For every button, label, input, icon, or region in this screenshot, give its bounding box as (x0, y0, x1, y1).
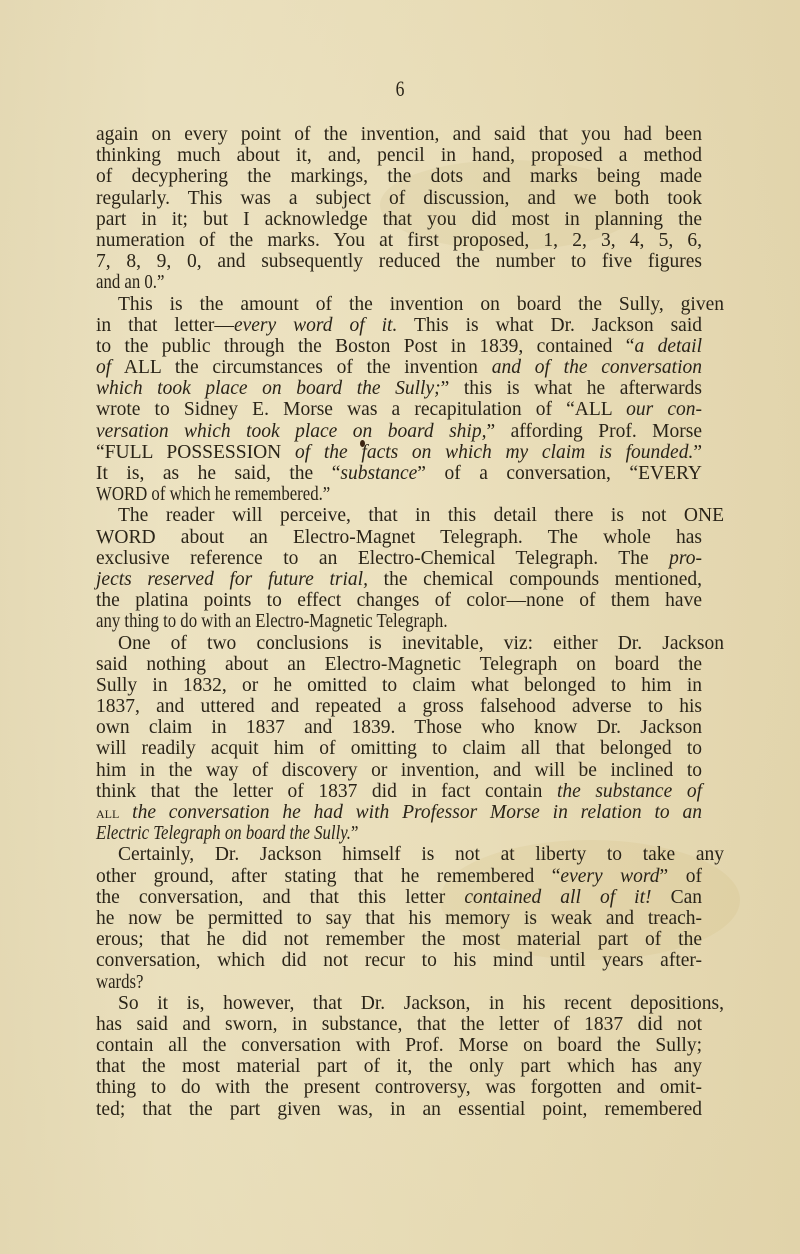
text-segment: This is the amount of the invention on b… (118, 294, 724, 315)
text-line: in that letter—every word of it. This is… (96, 315, 702, 336)
text-line: exclusive reference to an Electro-Chemic… (96, 548, 702, 569)
text-segment: other ground, after stating that he reme… (96, 866, 560, 887)
text-segment: numeration of the marks. You at first pr… (96, 230, 702, 251)
text-segment: has said and sworn, in substance, that t… (96, 1014, 702, 1035)
text-segment: ted; that the part given was, in an esse… (96, 1099, 702, 1120)
text-segment: wards? (96, 972, 144, 993)
text-line: This is the amount of the invention on b… (96, 294, 724, 315)
text-line: and an 0.” (96, 272, 702, 293)
text-line: that the most material part of it, the o… (96, 1056, 702, 1077)
small-caps-text: all (96, 803, 119, 822)
text-segment: So it is, however, that Dr. Jackson, in … (118, 993, 724, 1014)
text-line: all the conversation he had with Profess… (96, 802, 702, 823)
text-line: WORD about an Electro-Magnet Telegraph. … (96, 527, 702, 548)
text-line: any thing to do with an Electro-Magnetic… (96, 611, 702, 632)
text-line: “FULL POSSESSION of the facts on which m… (96, 442, 702, 463)
text-line: 1837, and uttered and repeated a gross f… (96, 696, 702, 717)
text-line: Certainly, Dr. Jackson himself is not at… (96, 844, 724, 865)
text-line: him in the way of discovery or invention… (96, 760, 702, 781)
text-segment: ” this is what he afterwards (441, 378, 702, 399)
text-segment: Can (652, 887, 702, 908)
text-line: will readily acquit him of omitting to c… (96, 738, 702, 759)
text-line: One of two conclusions is inevitable, vi… (96, 633, 724, 654)
text-line: ted; that the part given was, in an esse… (96, 1099, 702, 1120)
text-segment: in that letter— (96, 315, 234, 336)
text-segment: WORD of which he remembered.” (96, 484, 330, 505)
text-segment: Certainly, Dr. Jackson himself is not at… (118, 844, 724, 865)
text-segment: ” (693, 442, 702, 463)
body-text: again on every point of the invention, a… (96, 124, 702, 1120)
text-line: to the public through the Boston Post in… (96, 336, 702, 357)
text-line: WORD of which he remembered.” (96, 484, 702, 505)
text-segment: It is, as he said, the “ (96, 463, 340, 484)
text-line: thinking much about it, and, pencil in h… (96, 145, 702, 166)
text-segment: exclusive reference to an Electro-Chemic… (96, 548, 669, 569)
text-line: again on every point of the invention, a… (96, 124, 702, 145)
text-segment: ” (351, 823, 358, 844)
text-segment: and an 0.” (96, 272, 164, 293)
text-segment: The reader will perceive, that in this d… (118, 505, 724, 526)
text-segment: wrote to Sidney E. Morse was a recapitul… (96, 399, 626, 420)
text-segment: contain all the conversation with Prof. … (96, 1035, 702, 1056)
text-segment: regularly. This was a subject of discuss… (96, 188, 702, 209)
text-line: versation which took place on board ship… (96, 421, 702, 442)
text-line: he now be permitted to say that his memo… (96, 908, 702, 929)
text-line: conversation, which did not recur to his… (96, 950, 702, 971)
italic-text: a detail (634, 336, 702, 357)
text-segment: any thing to do with an Electro-Magnetic… (96, 611, 448, 632)
text-line: said nothing about an Electro-Magnetic T… (96, 654, 702, 675)
text-segment: ALL the circumstances of the invention (111, 357, 492, 378)
text-segment: think that the letter of 1837 did in fac… (96, 781, 557, 802)
text-line: So it is, however, that Dr. Jackson, in … (96, 993, 724, 1014)
text-segment: WORD about an Electro-Magnet Telegraph. … (96, 527, 702, 548)
text-line: thing to do with the present controversy… (96, 1077, 702, 1098)
text-segment: thing to do with the present controversy… (96, 1077, 702, 1098)
text-line: wards? (96, 972, 702, 993)
text-segment: will readily acquit him of omitting to c… (96, 738, 702, 759)
text-line: think that the letter of 1837 did in fac… (96, 781, 702, 802)
text-segment: the conversation, and that this letter (96, 887, 464, 908)
text-line: part in it; but I acknowledge that you d… (96, 209, 702, 230)
text-segment: One of two conclusions is inevitable, vi… (118, 633, 724, 654)
text-segment: “FULL POSSESSION (96, 442, 295, 463)
text-segment: ” of (660, 866, 702, 887)
italic-text: jects reserved for future trial, (96, 569, 368, 590)
text-line: regularly. This was a subject of discuss… (96, 188, 702, 209)
page-number: 6 (80, 76, 720, 102)
italic-text: of the facts on which my claim is founde… (295, 442, 693, 463)
italic-text: Electric Telegraph on board the Sully. (96, 823, 351, 844)
italic-text: substance (340, 463, 417, 484)
italic-text: every word (560, 866, 659, 887)
text-line: It is, as he said, the “substance” of a … (96, 463, 702, 484)
italic-text: every word of it. (234, 315, 397, 336)
text-segment: again on every point of the invention, a… (96, 124, 702, 145)
text-line: erous; that he did not remember the most… (96, 929, 702, 950)
text-line: other ground, after stating that he reme… (96, 866, 702, 887)
text-line: has said and sworn, in substance, that t… (96, 1014, 702, 1035)
italic-text: contained all of it! (464, 887, 651, 908)
text-segment: This is what Dr. Jackson said (397, 315, 702, 336)
text-segment: 1837, and uttered and repeated a gross f… (96, 696, 702, 717)
text-segment: own claim in 1837 and 1839. Those who kn… (96, 717, 702, 738)
text-line: contain all the conversation with Prof. … (96, 1035, 702, 1056)
italic-text: the conversation he had with Professor M… (119, 802, 702, 823)
text-segment: to the public through the Boston Post in… (96, 336, 634, 357)
text-line: the conversation, and that this letter c… (96, 887, 702, 908)
text-line: of ALL the circumstances of the inventio… (96, 357, 702, 378)
text-line: the platina points to effect changes of … (96, 590, 702, 611)
italic-text: the substance of (557, 781, 702, 802)
text-line: Sully in 1832, or he omitted to claim wh… (96, 675, 702, 696)
text-segment: him in the way of discovery or invention… (96, 760, 702, 781)
text-segment: Sully in 1832, or he omitted to claim wh… (96, 675, 702, 696)
text-segment: part in it; but I acknowledge that you d… (96, 209, 702, 230)
text-line: Electric Telegraph on board the Sully.” (96, 823, 702, 844)
text-segment: of decyphering the markings, the dots an… (96, 166, 702, 187)
text-line: wrote to Sidney E. Morse was a recapitul… (96, 399, 702, 420)
text-segment: he now be permitted to say that his memo… (96, 908, 702, 929)
text-line: jects reserved for future trial, the che… (96, 569, 702, 590)
text-segment: 7, 8, 9, 0, and subsequently reduced the… (96, 251, 702, 272)
text-segment: that the most material part of it, the o… (96, 1056, 702, 1077)
text-line: The reader will perceive, that in this d… (96, 505, 724, 526)
italic-text: pro- (669, 548, 702, 569)
text-segment: the platina points to effect changes of … (96, 590, 702, 611)
italic-text: versation which took place on board ship… (96, 421, 486, 442)
text-line: of decyphering the markings, the dots an… (96, 166, 702, 187)
text-segment: ” of a conversation, “EVERY (417, 463, 702, 484)
italic-text: our con- (626, 399, 702, 420)
text-segment: ” affording Prof. Morse (486, 421, 702, 442)
text-segment: thinking much about it, and, pencil in h… (96, 145, 702, 166)
text-segment: erous; that he did not remember the most… (96, 929, 702, 950)
text-segment: the chemical compounds mentioned, (368, 569, 702, 590)
text-line: which took place on board the Sully;” th… (96, 378, 702, 399)
text-segment: conversation, which did not recur to his… (96, 950, 702, 971)
text-line: own claim in 1837 and 1839. Those who kn… (96, 717, 702, 738)
text-segment: said nothing about an Electro-Magnetic T… (96, 654, 702, 675)
italic-text: and of the conversation (492, 357, 702, 378)
text-line: 7, 8, 9, 0, and subsequently reduced the… (96, 251, 702, 272)
text-line: numeration of the marks. You at first pr… (96, 230, 702, 251)
italic-text: which took place on board the Sully; (96, 378, 441, 399)
italic-text: of (96, 357, 111, 378)
